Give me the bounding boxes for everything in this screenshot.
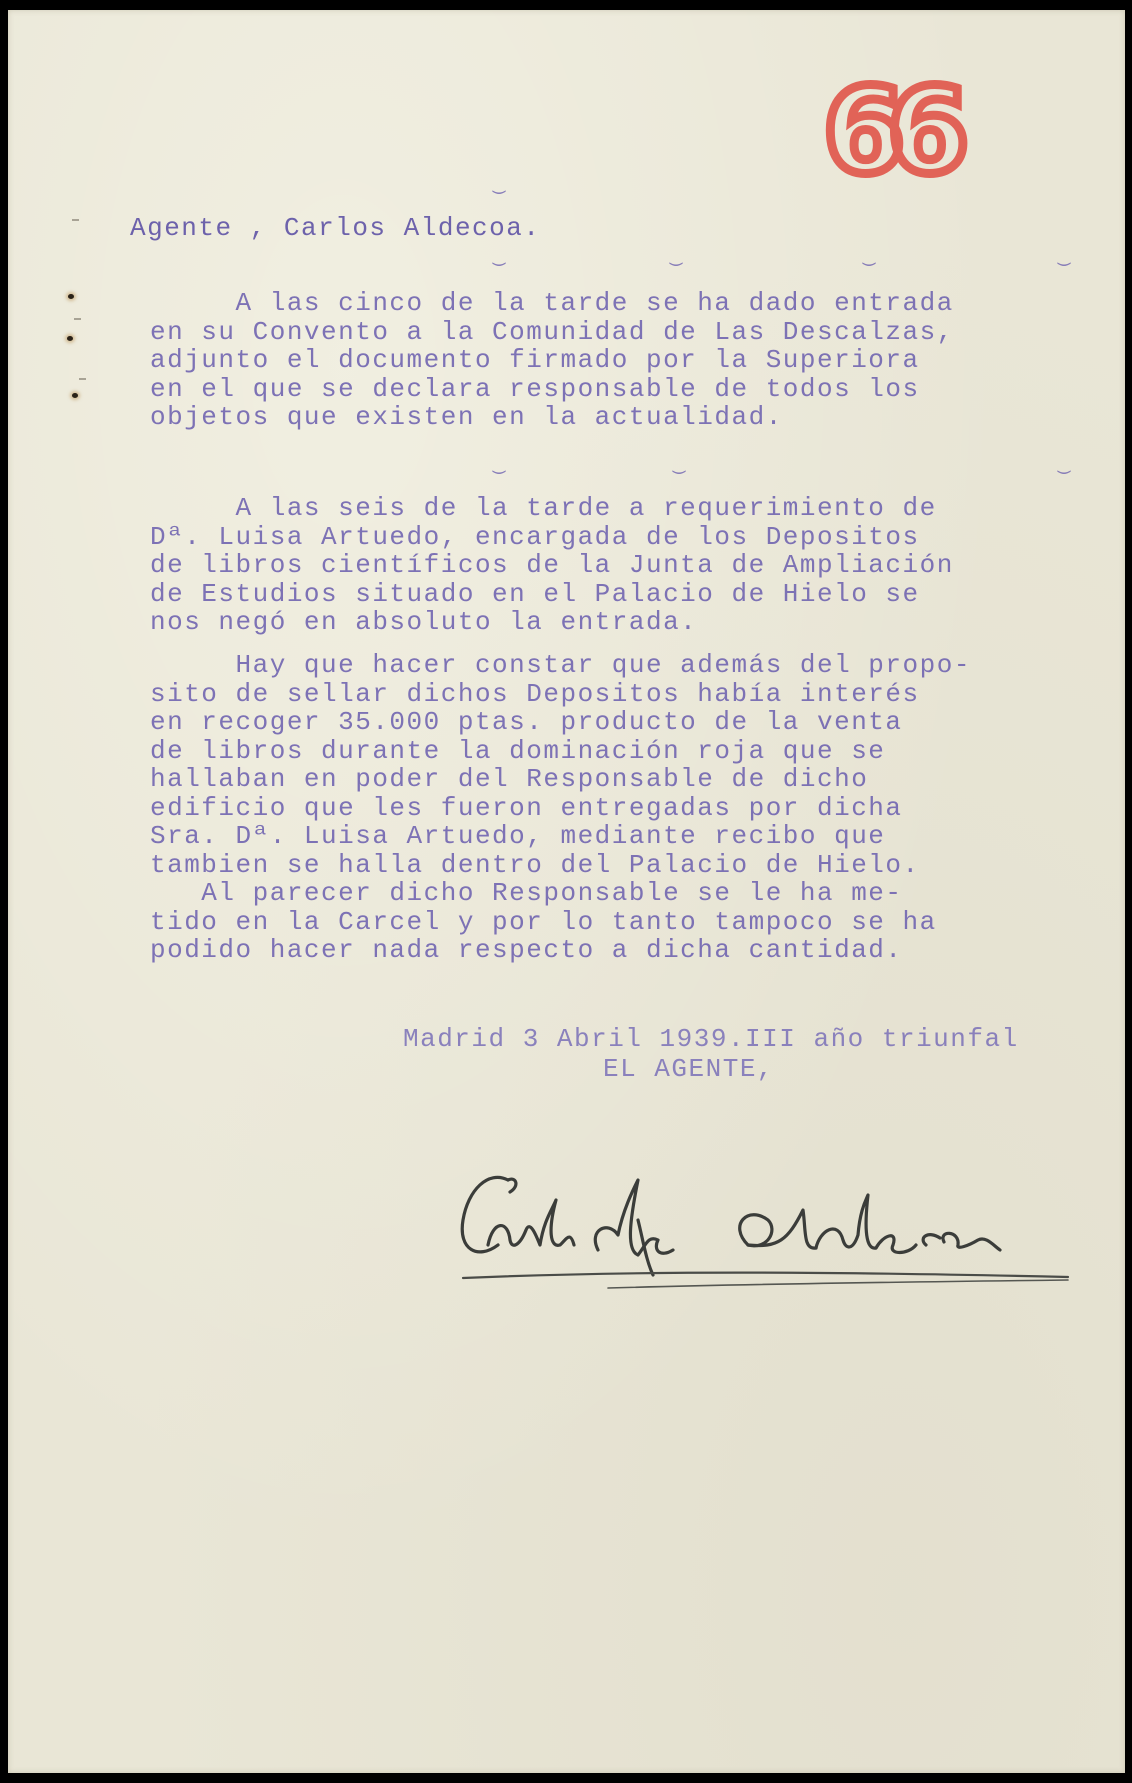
closing-block: Madrid 3 Abril 1939.III año triunfal EL … (403, 1024, 1019, 1084)
accent-mark: ‿ (673, 450, 685, 476)
text-line: Dª. Luisa Artuedo, encargada de los Depo… (150, 523, 1130, 552)
document-page: 66 ‿ ‿ ‿ ‿ ‿ ‿ ‿ ‿ Agente , Carlos Aldec… (8, 10, 1125, 1773)
margin-mark (74, 318, 81, 320)
document-heading: Agente , Carlos Aldecoa. (130, 214, 540, 242)
text-line: Hay que hacer constar que además del pro… (150, 651, 1130, 680)
accent-mark: ‿ (493, 450, 505, 476)
paragraph-2: A las seis de la tarde a requerimiento d… (150, 494, 1130, 637)
accent-mark: ‿ (1058, 242, 1070, 268)
date-line: Madrid 3 Abril 1939.III año triunfal (403, 1024, 1019, 1054)
text-line: edificio que les fueron entregadas por d… (150, 794, 1130, 823)
punch-hole (72, 393, 78, 398)
text-line: tido en la Carcel y por lo tanto tampoco… (150, 908, 1130, 937)
accent-mark: ‿ (1058, 450, 1070, 476)
margin-mark (72, 219, 79, 221)
text-line: de Estudios situado en el Palacio de Hie… (150, 580, 1130, 609)
handwritten-signature (448, 1150, 1108, 1300)
text-line: hallaban en poder del Responsable de dic… (150, 765, 1130, 794)
text-line: en su Convento a la Comunidad de Las Des… (150, 318, 1130, 347)
text-line: en el que se declara responsable de todo… (150, 375, 1130, 404)
punch-hole (67, 336, 73, 341)
signoff: EL AGENTE, (403, 1054, 1019, 1084)
text-line: sito de sellar dichos Depositos había in… (150, 680, 1130, 709)
text-line: podido hacer nada respecto a dicha canti… (150, 936, 1130, 965)
text-line: Al parecer dicho Responsable se le ha me… (150, 879, 1130, 908)
text-line: objetos que existen en la actualidad. (150, 403, 1130, 432)
signature-icon (448, 1150, 1108, 1300)
text-line: de libros durante la dominación roja que… (150, 737, 1130, 766)
margin-mark (79, 378, 86, 380)
accent-mark: ‿ (493, 242, 505, 268)
folio-number: 66 (823, 72, 951, 190)
punch-hole (68, 294, 74, 299)
text-line: de libros científicos de la Junta de Amp… (150, 551, 1130, 580)
accent-mark: ‿ (670, 242, 682, 268)
text-line: A las cinco de la tarde se ha dado entra… (150, 289, 1130, 318)
paragraph-1: A las cinco de la tarde se ha dado entra… (150, 289, 1130, 432)
accent-mark: ‿ (863, 242, 875, 268)
text-line: Sra. Dª. Luisa Artuedo, mediante recibo … (150, 822, 1130, 851)
paragraph-3: Hay que hacer constar que además del pro… (150, 651, 1130, 965)
text-line: en recoger 35.000 ptas. producto de la v… (150, 708, 1130, 737)
text-line: tambien se halla dentro del Palacio de H… (150, 851, 1130, 880)
accent-mark: ‿ (493, 170, 505, 196)
text-line: adjunto el documento firmado por la Supe… (150, 346, 1130, 375)
text-line: nos negó en absoluto la entrada. (150, 608, 1130, 637)
text-line: A las seis de la tarde a requerimiento d… (150, 494, 1130, 523)
